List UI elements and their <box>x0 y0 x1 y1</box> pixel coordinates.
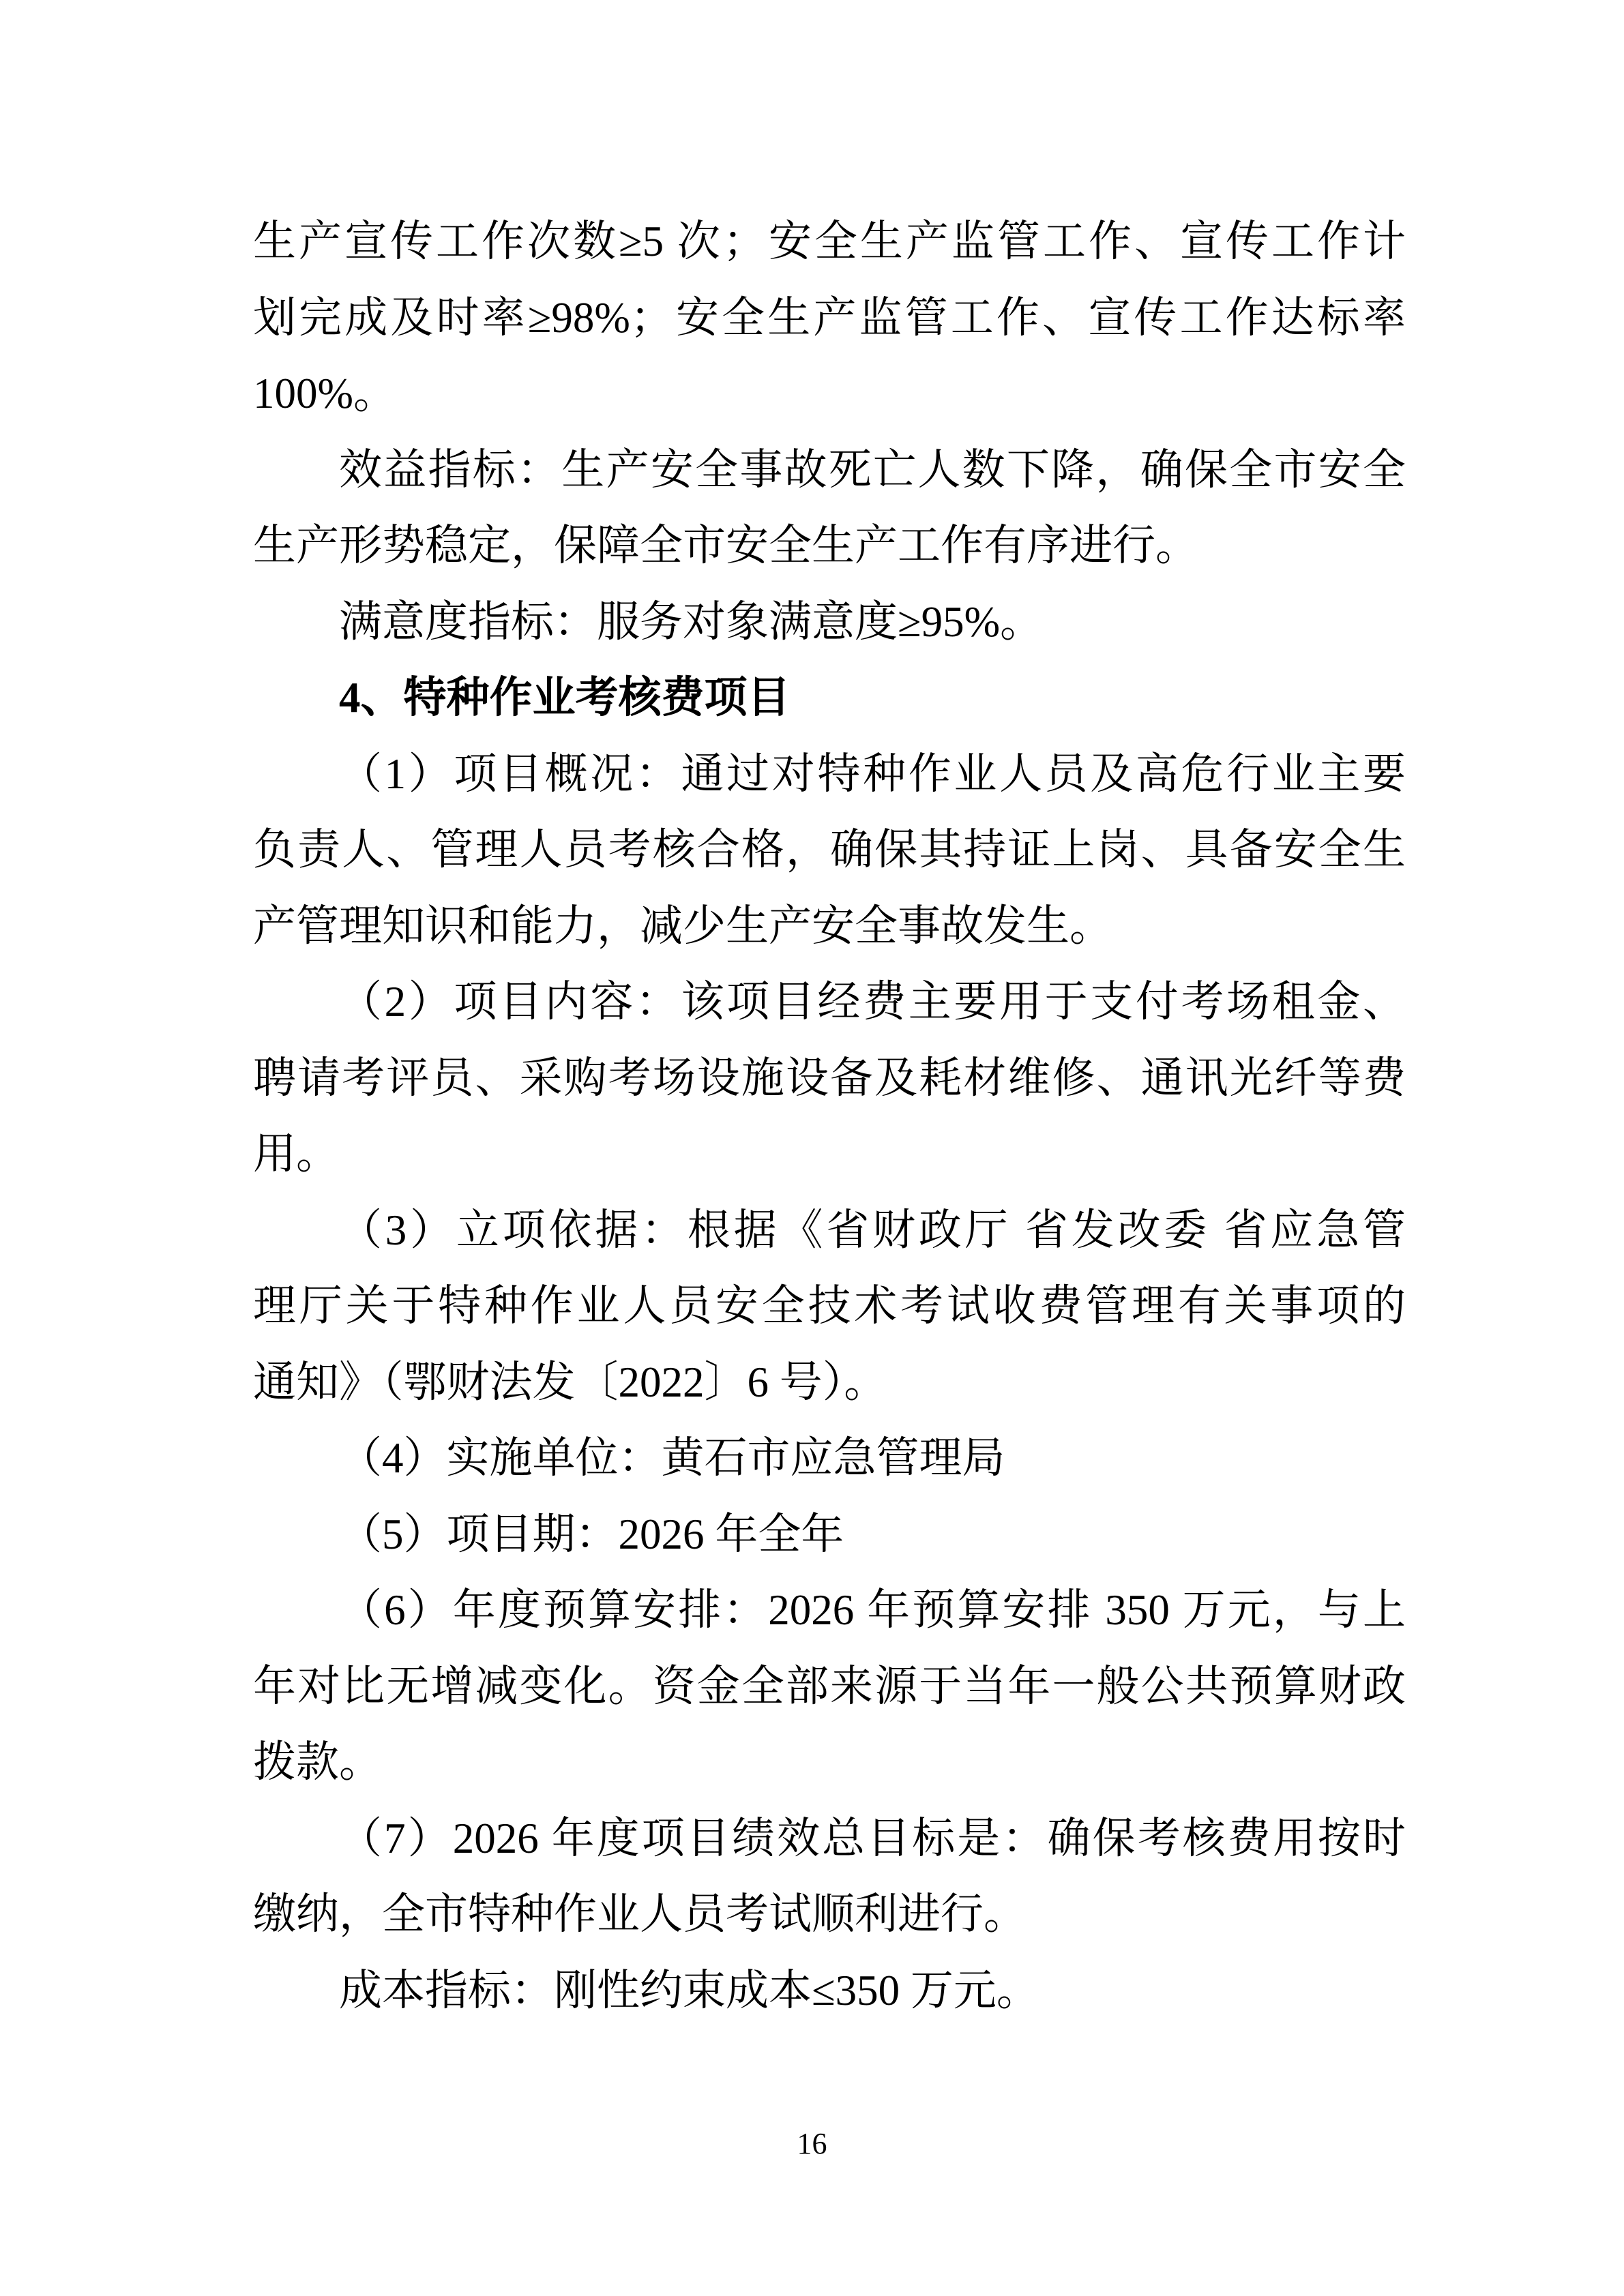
text-line: 满意度指标：服务对象满意度≥95%。 <box>253 584 1406 661</box>
text-line: （2）项目内容：该项目经费主要用于支付考场租金、 <box>253 964 1406 1041</box>
text-line: 聘请考评员、采购考场设施设备及耗材维修、通讯光纤等费 <box>253 1041 1406 1117</box>
section-heading: 4、特种作业考核费项目 <box>253 660 1406 736</box>
text-line: 成本指标：刚性约束成本≤350 万元。 <box>253 1953 1406 2029</box>
text-line: 拨款。 <box>253 1725 1406 1801</box>
text-line: 生产形势稳定，保障全市安全生产工作有序进行。 <box>253 508 1406 584</box>
text-line: （6）年度预算安排：2026 年预算安排 350 万元，与上 <box>253 1572 1406 1649</box>
text-line: （3）立项依据：根据《省财政厅 省发改委 省应急管 <box>253 1193 1406 1269</box>
text-line: 效益指标：生产安全事故死亡人数下降，确保全市安全 <box>253 432 1406 509</box>
text-line: （4）实施单位：黄石市应急管理局 <box>253 1420 1406 1497</box>
document-page: 生产宣传工作次数≥5 次；安全生产监管工作、宣传工作计 划完成及时率≥98%；安… <box>0 0 1624 2296</box>
text-line: （7）2026 年度项目绩效总目标是：确保考核费用按时 <box>253 1801 1406 1877</box>
text-line: 生产宣传工作次数≥5 次；安全生产监管工作、宣传工作计 <box>253 204 1406 280</box>
text-line: 用。 <box>253 1116 1406 1193</box>
document-body: 生产宣传工作次数≥5 次；安全生产监管工作、宣传工作计 划完成及时率≥98%；安… <box>253 204 1406 2029</box>
text-line: 划完成及时率≥98%；安全生产监管工作、宣传工作达标率 <box>253 280 1406 357</box>
text-line: 100%。 <box>253 356 1406 432</box>
text-line: 负责人、管理人员考核合格，确保其持证上岗、具备安全生 <box>253 812 1406 889</box>
text-line: 缴纳，全市特种作业人员考试顺利进行。 <box>253 1877 1406 1953</box>
text-line: 理厅关于特种作业人员安全技术考试收费管理有关事项的 <box>253 1268 1406 1345</box>
text-line: 通知》（鄂财法发〔2022〕6 号）。 <box>253 1345 1406 1421</box>
text-line: 年对比无增减变化。资金全部来源于当年一般公共预算财政 <box>253 1649 1406 1725</box>
text-line: （1）项目概况：通过对特种作业人员及高危行业主要 <box>253 736 1406 813</box>
page-number: 16 <box>0 2129 1624 2159</box>
text-line: 产管理知识和能力，减少生产安全事故发生。 <box>253 889 1406 965</box>
text-line: （5）项目期：2026 年全年 <box>253 1497 1406 1573</box>
